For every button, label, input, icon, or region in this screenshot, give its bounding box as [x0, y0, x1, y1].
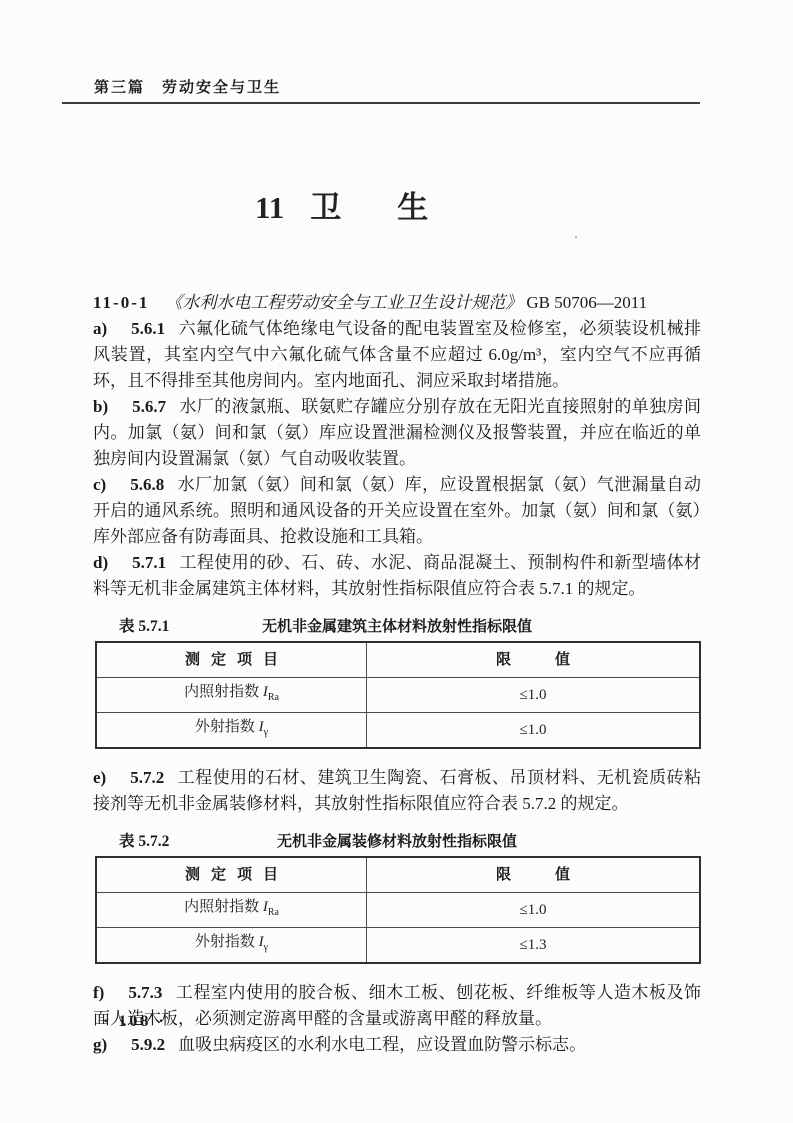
item-letter: a) [93, 319, 107, 338]
table-header-row: 测定项目 限值 [96, 857, 700, 893]
item-letter: f) [93, 983, 104, 1002]
table-caption-row: 表 5.7.2 无机非金属装修材料放射性指标限值 [93, 829, 701, 851]
clause-number: 5.6.1 [131, 319, 165, 338]
index-subscript: γ [264, 942, 268, 953]
radioactivity-limit-table: 测定项目 限值 内照射指数 IRa ≤1.0 外射指数 Iγ ≤1.0 [95, 641, 701, 749]
table-title: 无机非金属建筑主体材料放射性指标限值 [262, 618, 532, 635]
paragraph-text: 工程室内使用的胶合板、细木工板、刨花板、纤维板等人造木板及饰面人造木板，必须测定… [93, 983, 701, 1028]
column-header-limit: 限值 [367, 857, 701, 893]
row-value-cell: ≤1.0 [367, 713, 701, 749]
page-number: · 108 · [103, 1013, 167, 1031]
item-letter: b) [93, 397, 108, 416]
table-caption-row: 表 5.7.1 无机非金属建筑主体材料放射性指标限值 [93, 614, 701, 636]
item-letter: c) [93, 475, 106, 494]
row-label-cell: 内照射指数 IRa [96, 893, 367, 928]
reference-code: GB 50706—2011 [526, 293, 647, 312]
item-letter: d) [93, 553, 108, 572]
chapter-title: 11卫生 [255, 182, 428, 227]
clause-number: 5.9.2 [131, 1035, 165, 1054]
row-label-cell: 外射指数 Iγ [96, 713, 367, 749]
table-caption: 表 5.7.2 [119, 829, 169, 855]
table-header-row: 测定项目 限值 [96, 642, 700, 678]
document-page: 第三篇 劳动安全与卫生 11卫生 11-0-1《水利水电工程劳动安全与工业卫生设… [0, 0, 793, 1123]
column-header-item: 测定项目 [96, 857, 367, 893]
paragraph-text: 工程使用的砂、石、砖、水泥、商品混凝土、预制构件和新型墙体材料等无机非金属建筑主… [93, 553, 701, 598]
column-header-item: 测定项目 [96, 642, 367, 678]
paragraph-text: 水厂加氯（氨）间和氯（氨）库，应设置根据氯（氨）气泄漏量自动开启的通风系统。照明… [93, 475, 701, 546]
radioactivity-limit-table: 测定项目 限值 内照射指数 IRa ≤1.0 外射指数 Iγ ≤1.3 [95, 856, 701, 964]
table-title: 无机非金属装修材料放射性指标限值 [277, 833, 517, 850]
index-subscript: γ [264, 727, 268, 738]
item-letter: g) [93, 1035, 107, 1054]
table-block-5-7-1: 表 5.7.1 无机非金属建筑主体材料放射性指标限值 测定项目 限值 内照射指数… [93, 614, 701, 749]
chapter-number: 11 [255, 190, 284, 225]
clause-number: 5.7.3 [128, 983, 162, 1002]
running-head: 第三篇 劳动安全与卫生 [94, 76, 281, 97]
scan-speck [575, 236, 577, 238]
paragraph-text: 工程使用的石材、建筑卫生陶瓷、石膏板、吊顶材料、无机瓷质砖粘接剂等无机非金属装修… [93, 768, 701, 813]
section-number: 11-0-1 [93, 293, 149, 312]
row-label-cell: 外射指数 Iγ [96, 928, 367, 964]
table-block-5-7-2: 表 5.7.2 无机非金属装修材料放射性指标限值 测定项目 限值 内照射指数 I… [93, 829, 701, 964]
row-value-cell: ≤1.0 [367, 678, 701, 713]
row-label-cell: 内照射指数 IRa [96, 678, 367, 713]
clause-number: 5.7.1 [132, 553, 166, 572]
item-letter: e) [93, 768, 106, 787]
index-subscript: Ra [268, 907, 279, 918]
header-rule [62, 102, 700, 104]
section-heading: 11-0-1《水利水电工程劳动安全与工业卫生设计规范》GB 50706—2011 [93, 290, 701, 316]
row-value-cell: ≤1.3 [367, 928, 701, 964]
reference-title: 《水利水电工程劳动安全与工业卫生设计规范》 [165, 293, 522, 312]
paragraph-item-c: c)5.6.8水厂加氯（氨）间和氯（氨）库，应设置根据氯（氨）气泄漏量自动开启的… [93, 472, 701, 550]
paragraph-item-b: b)5.6.7水厂的液氯瓶、联氨贮存罐应分别存放在无阳光直接照射的单独房间内。加… [93, 394, 701, 472]
paragraph-item-e: e)5.7.2工程使用的石材、建筑卫生陶瓷、石膏板、吊顶材料、无机瓷质砖粘接剂等… [93, 765, 701, 817]
paragraph-item-d: d)5.7.1工程使用的砂、石、砖、水泥、商品混凝土、预制构件和新型墙体材料等无… [93, 550, 701, 602]
paragraph-text: 血吸虫病疫区的水利水电工程，应设置血防警示标志。 [178, 1035, 586, 1054]
paragraph-item-a: a)5.6.1六氟化硫气体绝缘电气设备的配电装置室及检修室，必须装设机械排风装置… [93, 316, 701, 394]
row-value-cell: ≤1.0 [367, 893, 701, 928]
clause-number: 5.6.7 [132, 397, 166, 416]
table-row: 外射指数 Iγ ≤1.3 [96, 928, 700, 964]
paragraph-text: 水厂的液氯瓶、联氨贮存罐应分别存放在无阳光直接照射的单独房间内。加氯（氨）间和氯… [93, 397, 701, 468]
table-row: 外射指数 Iγ ≤1.0 [96, 713, 700, 749]
column-header-limit: 限值 [367, 642, 701, 678]
table-row: 内照射指数 IRa ≤1.0 [96, 678, 700, 713]
paragraph-text: 六氟化硫气体绝缘电气设备的配电装置室及检修室，必须装设机械排风装置，其室内空气中… [93, 319, 701, 390]
clause-number: 5.7.2 [130, 768, 164, 787]
body-text-column: 11-0-1《水利水电工程劳动安全与工业卫生设计规范》GB 50706—2011… [93, 290, 701, 1058]
chapter-title-text: 卫生 [310, 190, 484, 225]
paragraph-item-g: g)5.9.2血吸虫病疫区的水利水电工程，应设置血防警示标志。 [93, 1032, 701, 1058]
table-row: 内照射指数 IRa ≤1.0 [96, 893, 700, 928]
index-subscript: Ra [268, 692, 279, 703]
table-caption: 表 5.7.1 [119, 614, 169, 640]
paragraph-item-f: f)5.7.3工程室内使用的胶合板、细木工板、刨花板、纤维板等人造木板及饰面人造… [93, 980, 701, 1032]
clause-number: 5.6.8 [130, 475, 164, 494]
